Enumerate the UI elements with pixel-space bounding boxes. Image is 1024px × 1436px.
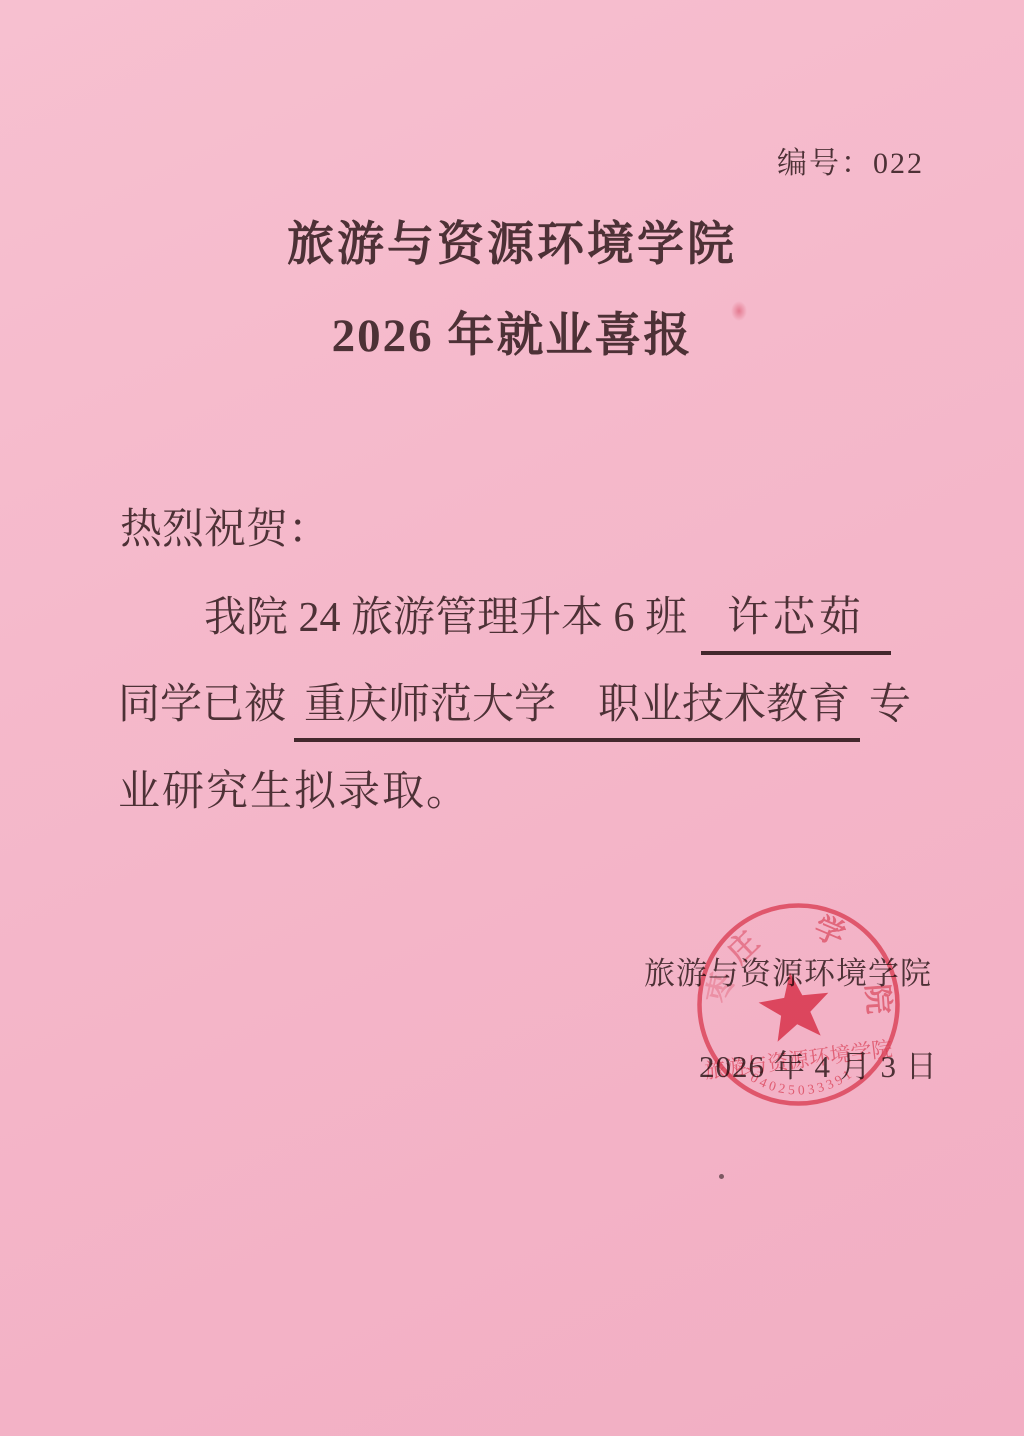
body-line-2-text: 同学已被 [118, 682, 286, 728]
certificate-page: 编号：022 旅游与资源环境学院 2026 年就业喜报 热烈祝贺： 我院 24 … [0, 0, 1024, 1436]
red-smudge [731, 301, 747, 321]
body-line-1: 我院 24 旅游管理升本 6 班许芯茹 [118, 590, 1004, 655]
body-line-3: 业研究生拟录取。 [118, 764, 918, 821]
student-name-blank: 许芯茹 [701, 590, 891, 655]
page-subtitle: 2026 年就业喜报 [0, 313, 1024, 360]
body-line-1-text: 我院 24 旅游管理升本 6 班 [204, 595, 687, 641]
body-line-2: 同学已被重庆师范大学 职业技术教育专 [118, 677, 918, 742]
signature-org: 旅游与资源环境学院 [644, 948, 932, 993]
seal-ring-char: 学 [809, 911, 850, 953]
signature-date: 2026 年 4 月 3 日 [699, 1041, 938, 1086]
serial-number: 编号：022 [777, 138, 924, 182]
body-line-2-suffix: 专 [869, 682, 911, 728]
title-block: 旅游与资源环境学院 2026 年就业喜报 [0, 222, 1024, 360]
salutation: 热烈祝贺： [120, 496, 330, 556]
ink-speck [719, 1174, 724, 1179]
page-title: 旅游与资源环境学院 [0, 222, 1024, 269]
school-major-blank: 重庆师范大学 职业技术教育 [294, 677, 860, 742]
